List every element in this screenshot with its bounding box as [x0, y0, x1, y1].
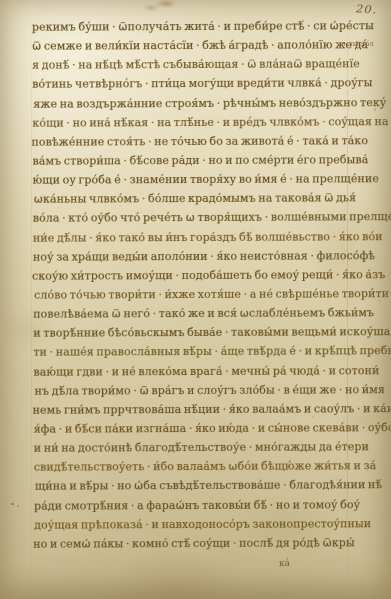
manuscript-line: яже на воздържа́нние строя́мъ · рѣчны́мъ…	[33, 93, 353, 114]
manuscript-line: ра́ди смотрѣ́ния · а фараѡ́нъ таковы́и б…	[34, 495, 354, 516]
manuscript-line: я́фа · и бѣ́си па́ки изгна́ша · я́ко ию́…	[34, 418, 354, 439]
manuscript-line: скоу́ю хи́трость имоу́щи · подоба́шеть б…	[32, 265, 352, 286]
ink-speck	[17, 505, 19, 507]
manuscript-line: и ни́ на досто́инѣ благодѣ́тельствоу́е ·…	[34, 437, 354, 458]
manuscript-line: ни́е дѣ́лы · я́ко тако́ вы и́нъ гора́здъ…	[33, 227, 353, 248]
manuscript-line: ноу́ за хра́щи веды́и аполо́нии · я́ко н…	[33, 246, 353, 267]
ink-smudge	[136, 0, 186, 12]
manuscript-line: во́тинь четвѣрно́гъ · пти́ца могу́щи вре…	[32, 74, 352, 95]
manuscript-line: повѣже́нние стоя́ть · не то́чью бо за жи…	[31, 131, 351, 152]
manuscript-line: сло́во то́чью твори́ти · и́хже хотя́ше ·…	[34, 284, 354, 305]
manuscript-line: рекимъ бу́ши · ѿполуча́ть жита́ · и преб…	[32, 16, 352, 37]
quire-mark: ка́	[279, 559, 291, 570]
manuscript-line: ѿ семже и вели́кїи наста́сїи · бжѣ а́гра…	[32, 35, 352, 56]
manuscript-line: во́ла · кто́ оу́бо что́ рече́ть ѡ творя́…	[33, 208, 353, 229]
manuscript-line: немь гни́мъ пррчтвова́ша нѣ́ции · я́ко в…	[33, 399, 353, 420]
manuscript-line: нъ дѣ́ла твори́мо · ѿ вра́гъ и слоу́гъ з…	[34, 380, 354, 401]
manuscript-line: ко́щи · но ина́ нѣ́кая · на тлѣ́нье · и …	[32, 112, 352, 133]
manuscript-line: я донѣ́ · на нѣ́цѣ мѣ́стѣ събыва́ющая · …	[32, 55, 352, 76]
manuscript-line: повелѣва́ема ѿ него́ · тако́ же и вся́ ѡ…	[33, 303, 353, 324]
manuscript-line: ѡка́ньны члвко́мъ · бо́лше крадо́мымъ на…	[34, 189, 354, 210]
manuscript-line: ваю́щи гдви · и не́ влеко́ма врага́ · ме…	[33, 361, 353, 382]
manuscript-line: доу́щая прѣпоказа́ · и навходоносо́ръ за…	[34, 514, 354, 535]
manuscript-page: 20. + тьїсто́л рекимъ бу́ши · ѿполуча́ть…	[0, 0, 391, 599]
manuscript-line: свидѣ́тельствоу́еть · и́бо валаа́мъ ѡбо́…	[34, 457, 354, 478]
manuscript-text-block: рекимъ бу́ши · ѿполуча́ть жита́ · и преб…	[32, 16, 354, 553]
manuscript-line: щи́на и вѣ́ры · но ѡ́ба съвѣдѣ́тельствов…	[35, 476, 355, 497]
manuscript-line: и творѣ́нние бѣсо́вьскымъ быва́е · таков…	[33, 323, 353, 344]
manuscript-line: ю́щи оу гро́ба е́ · знаме́нии творя́ху в…	[33, 169, 353, 190]
ink-speck	[379, 300, 381, 302]
ink-speck	[11, 503, 14, 505]
folio-number: 20.	[356, 1, 378, 16]
manuscript-line: ва́мъ створи́ша · бѣ́сове ра́ди · но и п…	[32, 150, 352, 171]
manuscript-line: но и семѡ́ па́кы · комно́ стѣ́ соу́щи · …	[33, 533, 353, 554]
manuscript-line: ти · наше́я правосла́вныя вѣ́ры · а́ще т…	[33, 342, 353, 363]
